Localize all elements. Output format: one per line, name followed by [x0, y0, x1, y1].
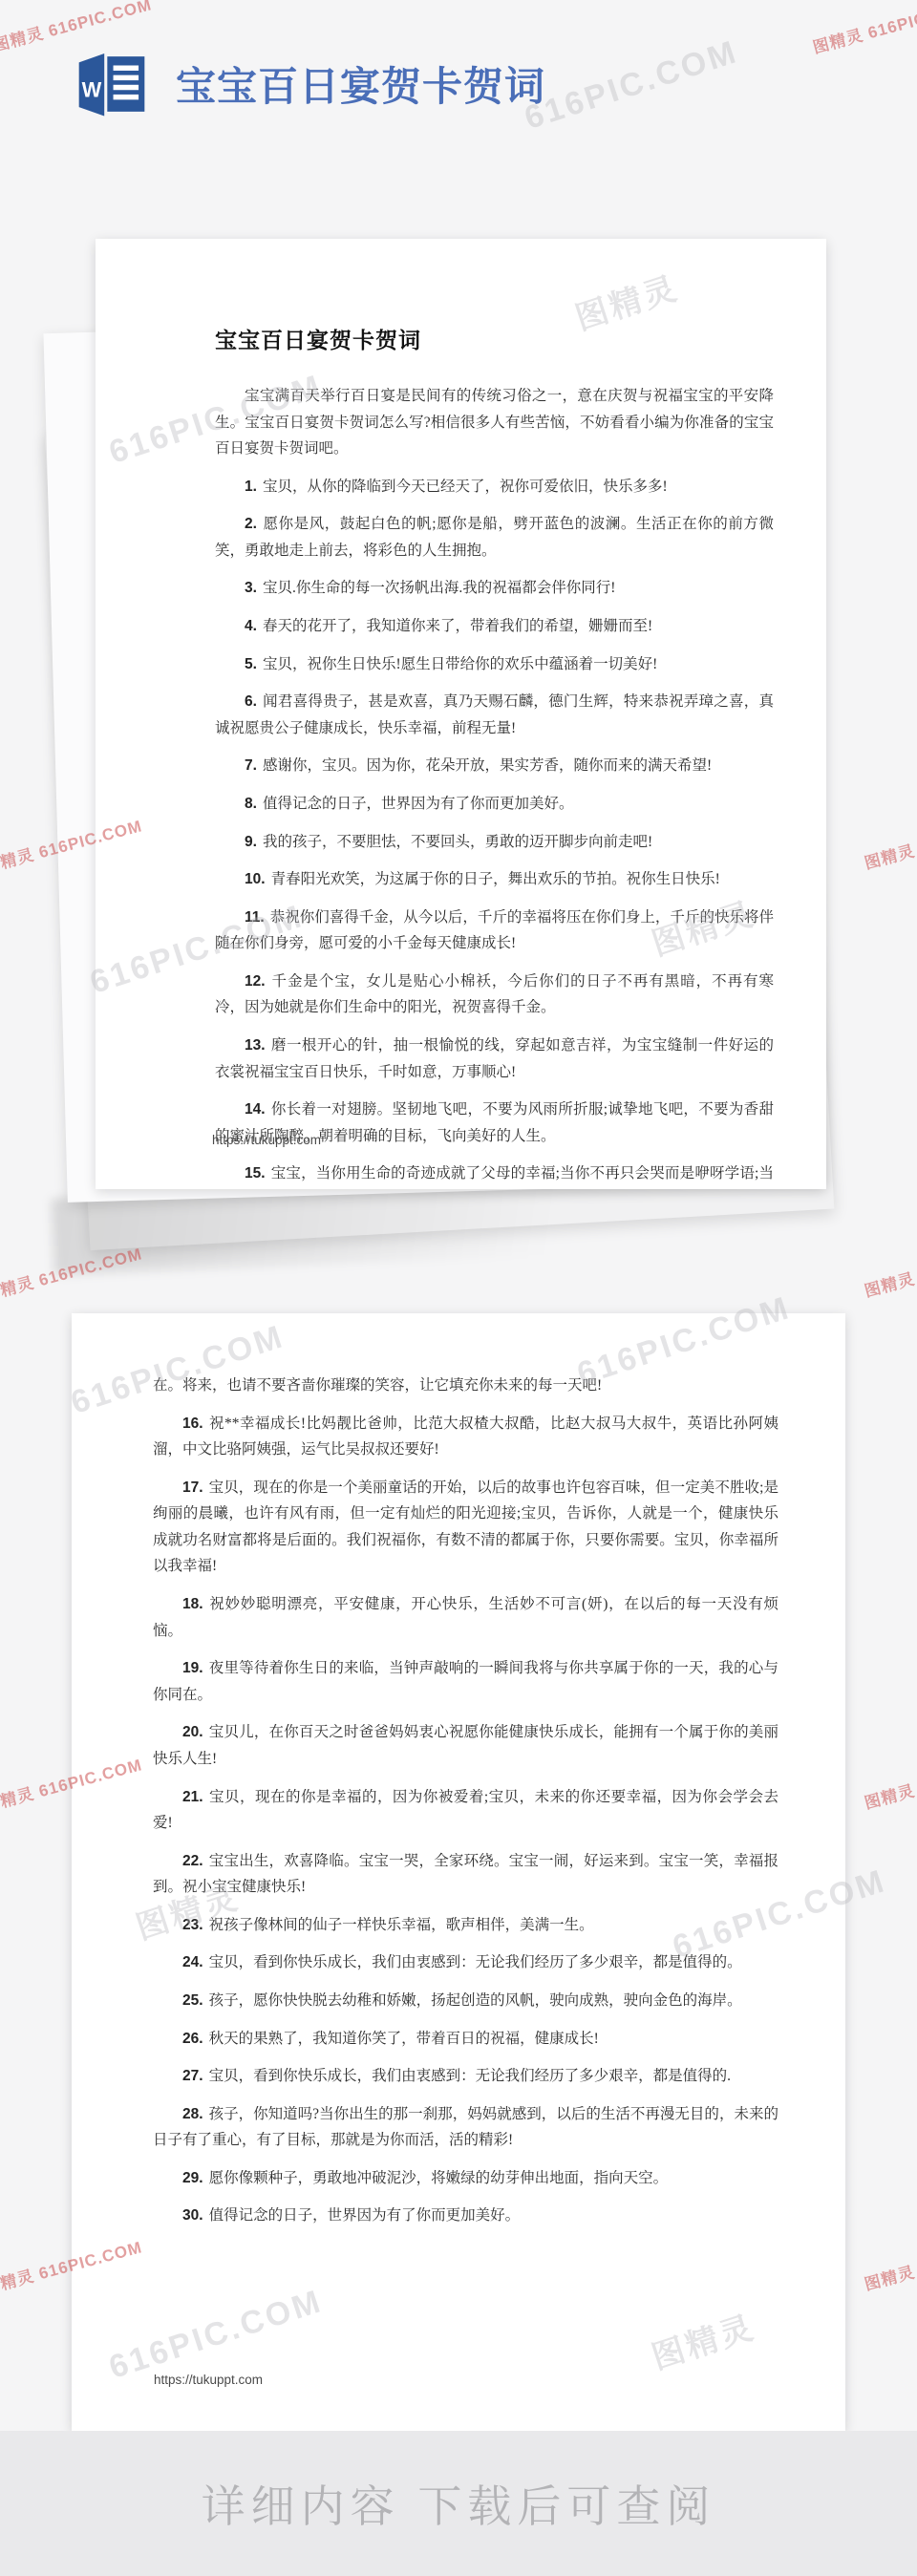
item-number: 20.	[182, 1724, 203, 1740]
greeting-item: 20.宝贝儿，在你百天之时爸爸妈妈衷心祝愿你能健康快乐成长，能拥有一个属于你的美…	[153, 1719, 778, 1772]
item-text: 孩子，你知道吗?当你出生的那一刹那，妈妈就感到，以后的生活不再漫无目的，未来的日…	[153, 2106, 778, 2149]
item-text: 值得记念的日子，世界因为有了你而更加美好。	[263, 796, 574, 812]
item-text: 值得记念的日子，世界因为有了你而更加美好。	[209, 2207, 521, 2224]
item-text: 孩子，愿你快快脱去幼稚和娇嫩，扬起创造的风帆，驶向成熟，驶向金色的海岸。	[209, 1992, 742, 2009]
page-title: 宝宝百日宴贺卡贺词	[176, 55, 545, 113]
item-number: 22.	[182, 1853, 203, 1869]
greeting-item: 10.青春阳光欢笑，为这属于你的日子，舞出欢乐的节拍。祝你生日快乐!	[215, 866, 774, 893]
greeting-item: 23.祝孩子像林间的仙子一样快乐幸福，歌声相伴，美满一生。	[153, 1912, 778, 1939]
item-text: 宝宝出生，欢喜降临。宝宝一哭，全家环绕。宝宝一闹，好运来到。宝宝一笑，幸福报到。…	[153, 1853, 778, 1896]
item-text: 秋天的果熟了，我知道你笑了，带着百日的祝福，健康成长!	[209, 2031, 599, 2047]
item-text: 宝贝，现在的你是一个美丽童话的开始，以后的故事也许包容百味，但一定美不胜收;是绚…	[153, 1480, 778, 1575]
item-number: 13.	[245, 1037, 266, 1054]
bottom-banner: 详细内容 下载后可查阅	[0, 2431, 917, 2576]
greeting-item: 16.祝**幸福成长!比妈靓比爸帅，比范大叔楂大叔酷，比赵大叔马大叔牛，英语比孙…	[153, 1411, 778, 1463]
continuation-text: 在。将来，也请不要吝啬你璀璨的笑容，让它填充你未来的每一天吧!	[153, 1373, 778, 1399]
greeting-item: 5.宝贝，祝你生日快乐!愿生日带给你的欢乐中蕴涵着一切美好!	[215, 651, 774, 678]
red-watermark-stamp: 图精灵 616PIC.COM	[862, 808, 917, 873]
item-number: 7.	[245, 757, 257, 774]
greeting-item: 18.祝妙妙聪明漂亮，平安健康，开心快乐，生活妙不可言(妍)，在以后的每一天没有…	[153, 1591, 778, 1644]
item-text: 磨一根开心的针，抽一根愉悦的线，穿起如意吉祥，为宝宝缝制一件好运的衣裳祝福宝宝百…	[215, 1037, 774, 1080]
item-number: 28.	[182, 2106, 203, 2122]
greeting-item: 25.孩子，愿你快快脱去幼稚和娇嫩，扬起创造的风帆，驶向成熟，驶向金色的海岸。	[153, 1988, 778, 2014]
bottom-banner-text: 详细内容 下载后可查阅	[202, 2472, 716, 2535]
item-text: 祝孩子像林间的仙子一样快乐幸福，歌声相伴，美满一生。	[209, 1917, 594, 1933]
item-text: 夜里等待着你生日的来临，当钟声敲响的一瞬间我将与你共享属于你的一天，我的心与你同…	[153, 1660, 778, 1703]
item-text: 恭祝你们喜得千金，从今以后，千斤的幸福将压在你们身上，千斤的快乐将伴随在你们身旁…	[215, 909, 774, 952]
item-text: 春天的花开了，我知道你来了，带着我们的希望，姗姗而至!	[263, 618, 652, 634]
item-number: 1.	[245, 479, 257, 495]
greeting-item: 11.恭祝你们喜得千金，从今以后，千斤的幸福将压在你们身上，千斤的快乐将伴随在你…	[215, 905, 774, 957]
item-text: 愿你像颗种子，勇敢地冲破泥沙，将嫩绿的幼芽伸出地面，指向天空。	[209, 2170, 669, 2186]
item-text: 宝宝，当你用生命的奇迹成就了父母的幸福;当你不再只会哭而是咿呀学语;当你从懵懂无…	[215, 1165, 774, 1189]
item-text: 宝贝，看到你快乐成长，我们由衷感到：无论我们经历了多少艰辛，都是值得的.	[209, 2068, 731, 2084]
greeting-item: 12.千金是个宝，女儿是贴心小棉袄，今后你们的日子不再有黑暗，不再有寒冷，因为她…	[215, 969, 774, 1021]
greeting-item: 22.宝宝出生，欢喜降临。宝宝一哭，全家环绕。宝宝一闹，好运来到。宝宝一笑，幸福…	[153, 1848, 778, 1901]
item-text: 感谢你，宝贝。因为你，花朵开放，果实芳香，随你而来的满天希望!	[263, 757, 712, 774]
red-watermark-stamp: 图精灵 616PIC.COM	[862, 1236, 917, 1301]
svg-text:W: W	[82, 77, 102, 101]
greeting-item: 1.宝贝，从你的降临到今天已经天了，祝你可爱依旧，快乐多多!	[215, 474, 774, 500]
template-preview-page: 616PIC.COM 图精灵 616PIC.COM 616PIC.COM 图精灵…	[0, 0, 917, 2576]
item-text: 祝**幸福成长!比妈靓比爸帅，比范大叔楂大叔酷，比赵大叔马大叔牛，英语比孙阿姨溜…	[153, 1416, 778, 1458]
item-number: 9.	[245, 834, 257, 850]
item-number: 17.	[182, 1480, 203, 1496]
word-doc-icon: W	[75, 50, 149, 118]
greeting-item: 24.宝贝，看到你快乐成长，我们由衷感到：无论我们经历了多少艰辛，都是值得的。	[153, 1949, 778, 1976]
item-number: 6.	[245, 693, 257, 710]
greeting-item: 4.春天的花开了，我知道你来了，带着我们的希望，姗姗而至!	[215, 613, 774, 640]
item-number: 23.	[182, 1917, 203, 1933]
greeting-item: 17.宝贝，现在的你是一个美丽童话的开始，以后的故事也许包容百味，但一定美不胜收…	[153, 1475, 778, 1580]
item-number: 19.	[182, 1660, 203, 1676]
greeting-item: 21.宝贝，现在的你是幸福的，因为你被爱着;宝贝，未来的你还要幸福，因为你会学会…	[153, 1784, 778, 1837]
item-number: 14.	[245, 1101, 266, 1118]
red-watermark-stamp: 图精灵 616PIC.COM	[862, 1748, 917, 1813]
item-text: 宝贝，现在的你是幸福的，因为你被爱着;宝贝，未来的你还要幸福，因为你会学会去爱!	[153, 1789, 778, 1832]
item-number: 21.	[182, 1789, 203, 1805]
item-number: 16.	[182, 1416, 203, 1432]
document-preview-page-1: 宝宝百日宴贺卡贺词 宝宝满百天举行百日宴是民间有的传统习俗之一，意在庆贺与祝福宝…	[96, 239, 826, 1189]
gray-watermark: 616PIC.COM	[521, 33, 743, 138]
greeting-list-page-1: 1.宝贝，从你的降临到今天已经天了，祝你可爱依旧，快乐多多! 2.愿你是风，鼓起…	[215, 474, 774, 1189]
red-watermark-stamp: 图精灵 616PIC.COM	[810, 0, 917, 58]
item-number: 24.	[182, 1954, 203, 1970]
item-number: 4.	[245, 618, 257, 634]
item-text: 宝贝.你生命的每一次扬帆出海.我的祝福都会伴你同行!	[263, 580, 615, 596]
item-text: 宝贝儿，在你百天之时爸爸妈妈衷心祝愿你能健康快乐成长，能拥有一个属于你的美丽快乐…	[153, 1724, 778, 1767]
greeting-item: 27.宝贝，看到你快乐成长，我们由衷感到：无论我们经历了多少艰辛，都是值得的.	[153, 2063, 778, 2090]
greeting-item: 7.感谢你，宝贝。因为你，花朵开放，果实芳香，随你而来的满天希望!	[215, 753, 774, 779]
item-text: 我的孩子，不要胆怯，不要回头，勇敢的迈开脚步向前走吧!	[263, 834, 652, 850]
greeting-item: 29.愿你像颗种子，勇敢地冲破泥沙，将嫩绿的幼芽伸出地面，指向天空。	[153, 2165, 778, 2192]
item-text: 宝贝，看到你快乐成长，我们由衷感到：无论我们经历了多少艰辛，都是值得的。	[209, 1954, 742, 1970]
item-number: 8.	[245, 796, 257, 812]
greeting-item: 26.秋天的果熟了，我知道你笑了，带着百日的祝福，健康成长!	[153, 2026, 778, 2053]
item-number: 2.	[245, 516, 257, 532]
item-number: 10.	[245, 871, 266, 887]
document-preview-page-2: 在。将来，也请不要吝啬你璀璨的笑容，让它填充你未来的每一天吧! 16.祝**幸福…	[72, 1313, 845, 2431]
item-text: 祝妙妙聪明漂亮，平安健康，开心快乐，生活妙不可言(妍)，在以后的每一天没有烦恼。	[153, 1596, 778, 1639]
red-watermark-stamp: 图精灵 616PIC.COM	[862, 2229, 917, 2294]
greeting-item: 13.磨一根开心的针，抽一根愉悦的线，穿起如意吉祥，为宝宝缝制一件好运的衣裳祝福…	[215, 1033, 774, 1085]
greeting-item: 8.值得记念的日子，世界因为有了你而更加美好。	[215, 791, 774, 818]
item-text: 宝贝，祝你生日快乐!愿生日带给你的欢乐中蕴涵着一切美好!	[263, 656, 657, 672]
greeting-item: 9.我的孩子，不要胆怯，不要回头，勇敢的迈开脚步向前走吧!	[215, 829, 774, 856]
greeting-item: 15.宝宝，当你用生命的奇迹成就了父母的幸福;当你不再只会哭而是咿呀学语;当你从…	[215, 1160, 774, 1189]
source-url-link[interactable]: https://tukuppt.com	[212, 1133, 321, 1147]
doc-intro: 宝宝满百天举行百日宴是民间有的传统习俗之一，意在庆贺与祝福宝宝的平安降生。宝宝百…	[215, 383, 774, 462]
item-number: 26.	[182, 2031, 203, 2047]
item-text: 青春阳光欢笑，为这属于你的日子，舞出欢乐的节拍。祝你生日快乐!	[271, 871, 720, 887]
doc-title: 宝宝百日宴贺卡贺词	[215, 323, 774, 354]
item-text: 千金是个宝，女儿是贴心小棉袄，今后你们的日子不再有黑暗，不再有寒冷，因为她就是你…	[215, 973, 774, 1016]
greeting-item: 30.值得记念的日子，世界因为有了你而更加美好。	[153, 2203, 778, 2229]
greeting-item: 6.闻君喜得贵子，甚是欢喜，真乃天赐石麟，德门生辉，特来恭祝弄璋之喜，真诚祝愿贵…	[215, 689, 774, 741]
greeting-item: 3.宝贝.你生命的每一次扬帆出海.我的祝福都会伴你同行!	[215, 575, 774, 602]
greeting-item: 19.夜里等待着你生日的来临，当钟声敲响的一瞬间我将与你共享属于你的一天，我的心…	[153, 1655, 778, 1708]
item-number: 3.	[245, 580, 257, 596]
greeting-item: 2.愿你是风，鼓起白色的帆;愿你是船，劈开蓝色的波澜。生活正在你的前方微笑，勇敢…	[215, 511, 774, 564]
item-number: 12.	[245, 973, 266, 990]
item-number: 15.	[245, 1165, 266, 1182]
item-number: 5.	[245, 656, 257, 672]
item-number: 30.	[182, 2207, 203, 2224]
item-number: 29.	[182, 2170, 203, 2186]
item-number: 18.	[182, 1596, 203, 1612]
header: W 宝宝百日宴贺卡贺词	[75, 46, 545, 122]
source-url-link[interactable]: https://tukuppt.com	[154, 2373, 263, 2387]
item-text: 闻君喜得贵子，甚是欢喜，真乃天赐石麟，德门生辉，特来恭祝弄璋之喜，真诚祝愿贵公子…	[215, 693, 774, 736]
greeting-item: 28.孩子，你知道吗?当你出生的那一刹那，妈妈就感到，以后的生活不再漫无目的，未…	[153, 2101, 778, 2154]
item-number: 25.	[182, 1992, 203, 2009]
item-number: 11.	[245, 909, 265, 926]
item-text: 愿你是风，鼓起白色的帆;愿你是船，劈开蓝色的波澜。生活正在你的前方微笑，勇敢地走…	[215, 516, 774, 559]
greeting-list-page-2: 16.祝**幸福成长!比妈靓比爸帅，比范大叔楂大叔酷，比赵大叔马大叔牛，英语比孙…	[153, 1411, 778, 2229]
item-text: 宝贝，从你的降临到今天已经天了，祝你可爱依旧，快乐多多!	[263, 479, 668, 495]
item-number: 27.	[182, 2068, 203, 2084]
